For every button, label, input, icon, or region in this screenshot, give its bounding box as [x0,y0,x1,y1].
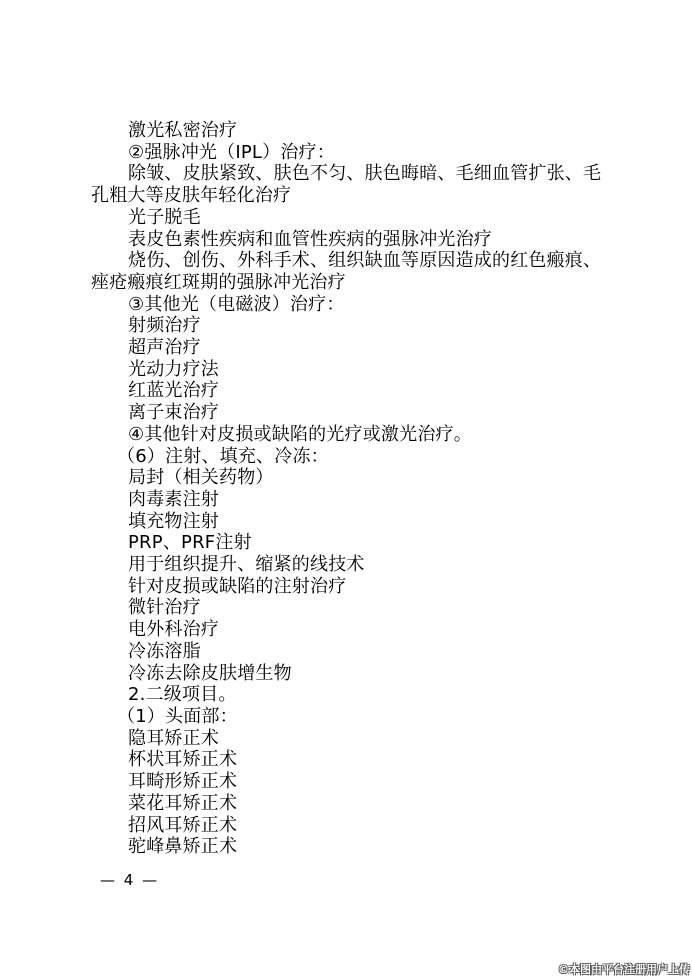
text-line: 填充物注射 [91,511,611,533]
text-line: 烧伤、创伤、外科手术、组织缺血等原因造成的红色瘢痕、痤疮瘢痕红斑期的强脉冲光治疗 [91,250,606,293]
text-line: ②强脉冲光（IPL）治疗： [91,142,611,164]
text-line: 用于组织提升、缩紧的线技术 [91,554,611,576]
text-line: 招风耳矫正术 [91,815,611,837]
text-line: 超声治疗 [91,337,611,359]
text-line: 微针治疗 [91,597,611,619]
text-line: 驼峰鼻矫正术 [91,836,611,858]
text-line: 光子脱毛 [91,207,611,229]
text-line: 红蓝光治疗 [91,380,611,402]
text-line: 除皱、皮肤紧致、肤色不匀、肤色晦暗、毛细血管扩张、毛孔粗大等皮肤年轻化治疗 [91,163,606,206]
section-heading: （6）注射、填充、冷冻： [91,446,611,468]
text-line: 局封（相关药物） [91,467,611,489]
text-line: 激光私密治疗 [91,120,611,142]
text-line: 杯状耳矫正术 [91,749,611,771]
text-line: 表皮色素性疾病和血管性疾病的强脉冲光治疗 [91,229,611,251]
section-heading: 2.二级项目。 [91,684,611,706]
text-line: 离子束治疗 [91,402,611,424]
text-line: 冷冻去除皮肤增生物 [91,663,611,685]
text-line: ③其他光（电磁波）治疗： [91,294,611,316]
page-number: — 4 — [100,871,159,889]
text-line: 射频治疗 [91,315,611,337]
text-line: ④其他针对皮损或缺陷的光疗或激光治疗。 [91,424,611,446]
text-line: 耳畸形矫正术 [91,771,611,793]
text-line: 肉毒素注射 [91,489,611,511]
text-line: 隐耳矫正术 [91,728,611,750]
text-line: 菜花耳矫正术 [91,793,611,815]
text-line: 光动力疗法 [91,359,611,381]
section-heading: （1）头面部： [91,706,611,728]
text-line: 针对皮损或缺陷的注射治疗 [91,576,611,598]
document-body: 激光私密治疗 ②强脉冲光（IPL）治疗： 除皱、皮肤紧致、肤色不匀、肤色晦暗、毛… [91,120,611,858]
watermark: ©本图由平台注册用户上传 [558,961,690,977]
text-line: PRP、PRF注射 [91,532,611,554]
text-line: 电外科治疗 [91,619,611,641]
text-line: 冷冻溶脂 [91,641,611,663]
